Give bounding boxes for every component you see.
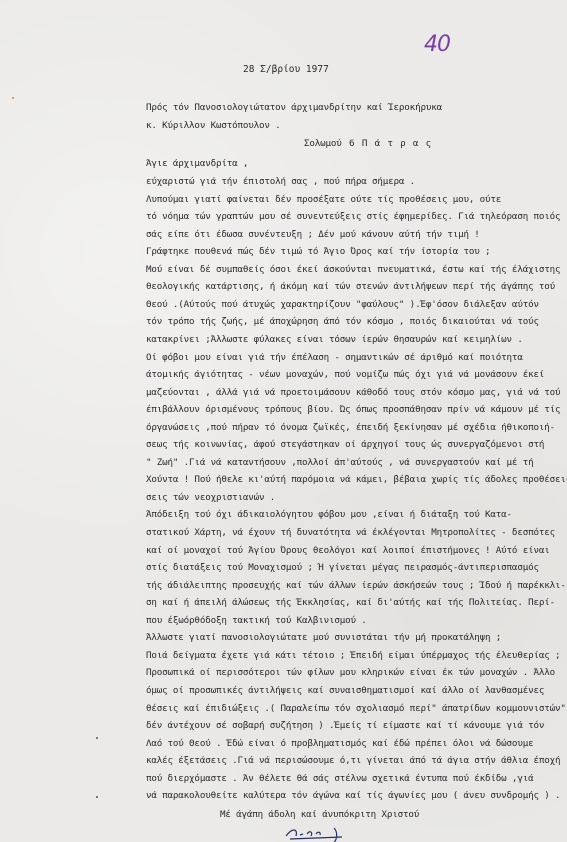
body-line: δέν άντέχουν σέ σοβαρή συζήτηση ) .Έμείς…	[146, 721, 544, 730]
body-line: πού διερχόμαστε . Άν θέλετε θά σάς στέλν…	[146, 774, 533, 783]
body-line: Προσωπικά οί περισσότεροι τών φίλων μου …	[146, 668, 555, 677]
letter-date: 28 Σ/βρίου 1977	[243, 64, 329, 75]
body-line: Μού είναι δέ συμπαθείς όσοι έκεί άσκούντ…	[146, 265, 560, 274]
paper-mark	[96, 737, 98, 739]
body-line: όμως οί προσωπικές άντιλήψεις καί συναισ…	[146, 686, 544, 695]
signature	[282, 822, 352, 842]
body-line: σεως τής κοινωνίας, άφού στεγάστηκαν οί …	[146, 440, 544, 449]
body-line: έπιβάλλουν όρισμένους τρόπους βίου. Ώς ό…	[146, 405, 560, 414]
body-line: κατακρίνει ;Άλλωστε φύλακες είναι τόσων …	[146, 335, 523, 344]
body-line: " Ζωή" .Γιά νά καταντήσουν ,πολλοί άπ'αύ…	[146, 458, 533, 467]
body-line: όργανώσεις ,πού πήραν τό όνομα ζωϊκές, έ…	[146, 423, 555, 432]
address-line-3: Σολωμού 6 Π ά τ ρ α ς	[304, 139, 431, 148]
salutation: Άγιε άρχιμανδρίτα ,	[146, 159, 248, 168]
body-line: Ποιά δείγματα έχετε γιά κάτι τέτοιο ; Έπ…	[146, 651, 560, 660]
body-line: Λυπούμαι γιατί φαίνεται δέν προσέξατε ού…	[146, 195, 501, 204]
body-line: ση καί ή άπειλή άλώσεως τής Έκκλησίας, κ…	[146, 598, 555, 607]
body-line: εύχαριστώ γιά τήν έπιστολή σας , πού πήρ…	[146, 177, 415, 186]
body-line: Γράφτηκε πουθενά πώς δέν τιμώ τό Άγιο Όρ…	[146, 247, 490, 256]
body-line: θέσεις καί έπιδιώξεις .( Παραλείπω τόν σ…	[146, 704, 566, 713]
typewritten-letter-page: 40 28 Σ/βρίου 1977 Πρός τόν Πανοσιολογιώ…	[0, 0, 567, 842]
body-line: μαζεύονται , άλλά γιά νά προετοιμάσουν κ…	[146, 388, 560, 397]
paper-mark	[96, 796, 98, 798]
body-line: τόν τρόπο τής ζωής, μέ άποχώρηση άπό τόν…	[146, 317, 539, 326]
body-line: Οί φόβοι μου είναι γιά τήν έπέλαση - σημ…	[146, 353, 523, 362]
body-line: Χούντα ! Πού ήθελε κι'αύτή παρόμοια νά κ…	[146, 475, 567, 484]
body-line: τό νόημα τών γραπτών μου σέ συνεντεύξεις…	[146, 212, 560, 221]
body-line: νά παρακολουθείτε καλύτερα τόν άγώνα καί…	[146, 791, 560, 800]
paper-mark	[12, 97, 14, 99]
body-line: Λαό τού Θεού . Έδώ είναι ό προβληματισμό…	[146, 739, 533, 748]
body-line: σάς είπε ότι έδωσα συνέντευξη ; Δέν μού …	[146, 230, 480, 239]
body-line: Άπόδειξη τού όχι άδικαιολόγητου φόβου μο…	[146, 510, 512, 519]
closing-line: Μέ άγάπη άδολη καί άνυπόκριτη Χριστού	[220, 810, 419, 819]
body-line: που έξωόρθόδοξη τακτική τού Καλβινισμού …	[146, 616, 367, 625]
body-line: στατικού Χάρτη, νά έχουν τή δυνατότητα ν…	[146, 528, 555, 537]
body-line: Άλλωστε γιατί πανοσιολογιώτατε μού συνισ…	[146, 633, 501, 642]
handwritten-page-number: 40	[424, 32, 450, 57]
body-line: καλές έξετάσεις .Γιά νά περισώσουμε ό,τι…	[146, 756, 560, 765]
body-line: καί οί μοναχοί τού Άγίου Όρους θεολόγοι …	[146, 546, 550, 555]
body-line: τής άδιάλειπτης προσευχής καί τών άλλων …	[146, 581, 566, 590]
body-line: σεις τών νεοχριστιανών .	[146, 493, 275, 502]
body-line: άτομικής άγιότητας - νέων μοναχών, πού ν…	[146, 370, 544, 379]
address-line-1: Πρός τόν Πανοσιολογιώτατον άρχιμανδρίτην…	[146, 103, 442, 112]
body-line: θεολογικής κατάρτισης, ή άκόμη καί τών σ…	[146, 282, 555, 291]
address-line-2: κ. Κύριλλον Κωστόπουλον .	[146, 121, 281, 130]
body-line: Θεού .(Αύτούς πού άτυχώς χαρακτηρίζουν "…	[146, 300, 539, 309]
body-line: στίς διατάξεις τού Μοναχισμού ; Ή γίνετα…	[146, 563, 539, 572]
